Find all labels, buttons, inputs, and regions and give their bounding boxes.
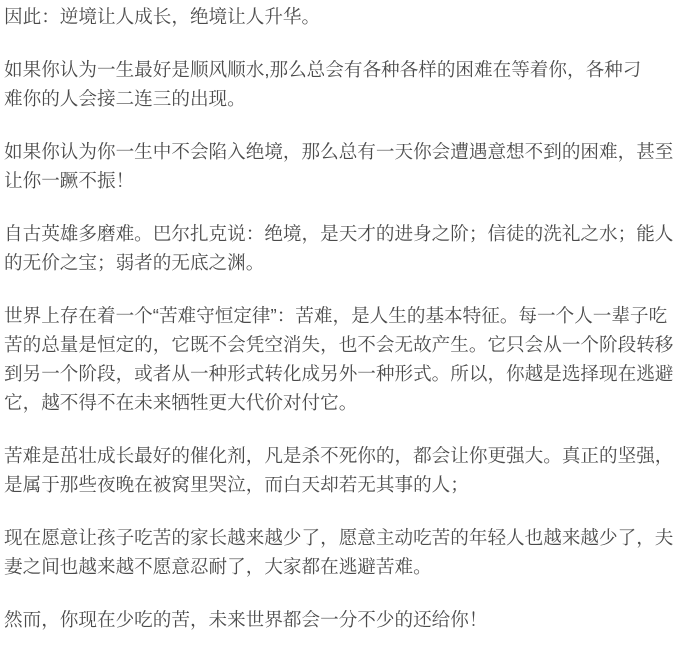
text-line: 的无价之宝；弱者的无底之渊。 bbox=[4, 248, 680, 277]
text-line: 到另一个阶段，或者从一种形式转化成另外一种形式。所以，你越是选择现在逃避 bbox=[4, 359, 680, 388]
text-line: 如果你认为你一生中不会陷入绝境，那么总有一天你会遭遇意想不到的困难，甚至 bbox=[4, 137, 680, 166]
text-line: 苦的总量是恒定的，它既不会凭空消失，也不会无故产生。它只会从一个阶段转移 bbox=[4, 330, 680, 359]
text-line: 自古英雄多磨难。巴尔扎克说：绝境，是天才的进身之阶；信徒的洗礼之水；能人 bbox=[4, 219, 680, 248]
text-line: 是属于那些夜晚在被窝里哭泣，而白天却若无其事的人； bbox=[4, 470, 680, 499]
text-line: 世界上存在着一个“苦难守恒定律”：苦难，是人生的基本特征。每一个人一辈子吃 bbox=[4, 301, 680, 330]
text-line: 难你的人会接二连三的出现。 bbox=[4, 84, 680, 113]
paragraph-8: 然而，你现在少吃的苦，未来世界都会一分不少的还给你！ bbox=[4, 605, 680, 634]
paragraph-6: 苦难是茁壮成长最好的催化剂，凡是杀不死你的，都会让你更强大。真正的坚强， 是属于… bbox=[4, 441, 680, 499]
text-line: 然而，你现在少吃的苦，未来世界都会一分不少的还给你！ bbox=[4, 605, 680, 634]
paragraph-1: 因此：逆境让人成长，绝境让人升华。 bbox=[4, 2, 680, 31]
paragraph-5: 世界上存在着一个“苦难守恒定律”：苦难，是人生的基本特征。每一个人一辈子吃 苦的… bbox=[4, 301, 680, 417]
text-line: 它，越不得不在未来牺牲更大代价对付它。 bbox=[4, 388, 680, 417]
text-line: 现在愿意让孩子吃苦的家长越来越少了，愿意主动吃苦的年轻人也越来越少了，夫 bbox=[4, 523, 680, 552]
paragraph-7: 现在愿意让孩子吃苦的家长越来越少了，愿意主动吃苦的年轻人也越来越少了，夫 妻之间… bbox=[4, 523, 680, 581]
text-line: 苦难是茁壮成长最好的催化剂，凡是杀不死你的，都会让你更强大。真正的坚强， bbox=[4, 441, 680, 470]
text-line: 妻之间也越来越不愿意忍耐了，大家都在逃避苦难。 bbox=[4, 552, 680, 581]
text-line: 让你一蹶不振！ bbox=[4, 166, 680, 195]
article-body: 因此：逆境让人成长，绝境让人升华。 如果你认为一生最好是顺风顺水,那么总会有各种… bbox=[0, 0, 680, 634]
paragraph-4: 自古英雄多磨难。巴尔扎克说：绝境，是天才的进身之阶；信徒的洗礼之水；能人 的无价… bbox=[4, 219, 680, 277]
paragraph-2: 如果你认为一生最好是顺风顺水,那么总会有各种各样的困难在等着你，各种刁 难你的人… bbox=[4, 55, 680, 113]
text-line: 因此：逆境让人成长，绝境让人升华。 bbox=[4, 2, 680, 31]
text-line: 如果你认为一生最好是顺风顺水,那么总会有各种各样的困难在等着你，各种刁 bbox=[4, 55, 680, 84]
paragraph-3: 如果你认为你一生中不会陷入绝境，那么总有一天你会遭遇意想不到的困难，甚至 让你一… bbox=[4, 137, 680, 195]
